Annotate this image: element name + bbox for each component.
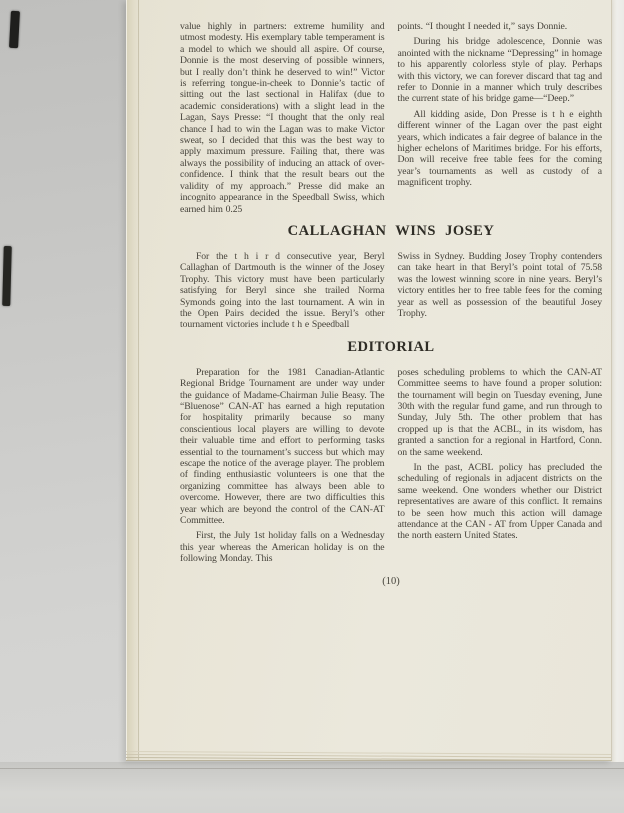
scan-artifact-mark-middle: [2, 246, 12, 306]
underlying-page-edge: [611, 0, 624, 764]
stacked-sheet-edge: [126, 757, 611, 761]
editorial-left-column: Preparation for the 1981 Canadian-Atlant…: [180, 367, 385, 565]
paragraph: For the t h i r d consecutive year, Bery…: [180, 251, 385, 331]
josey-left-column: For the t h i r d consecutive year, Bery…: [180, 251, 385, 331]
josey-heading: CALLAGHAN WINS JOSEY: [180, 223, 602, 240]
page-content: value highly in partners: extreme humili…: [180, 21, 602, 587]
lagan-article-continuation: value highly in partners: extreme humili…: [180, 21, 602, 215]
paragraph: During his bridge adolescence, Donnie wa…: [398, 36, 603, 104]
josey-section: CALLAGHAN WINS JOSEY For the t h i r d c…: [180, 223, 602, 331]
paragraph: points. “I thought I needed it,” says Do…: [398, 21, 603, 32]
scanner-background-bottom: [0, 762, 624, 813]
editorial-section: EDITORIAL Preparation for the 1981 Canad…: [180, 339, 602, 565]
paragraph: In the past, ACBL policy has precluded t…: [398, 462, 603, 542]
paragraph: value highly in partners: extreme humili…: [180, 21, 385, 215]
scan-artifact-mark-top: [9, 11, 20, 48]
page-number: (10): [180, 576, 602, 587]
editorial-heading: EDITORIAL: [180, 339, 602, 356]
paragraph: First, the July 1st holiday falls on a W…: [180, 530, 385, 564]
newsletter-page: value highly in partners: extreme humili…: [126, 0, 612, 761]
josey-right-column: Swiss in Sydney. Budding Josey Trophy co…: [398, 251, 603, 331]
editorial-right-column: poses scheduling problems to which the C…: [398, 367, 603, 565]
lagan-left-column: value highly in partners: extreme humili…: [180, 21, 385, 215]
paragraph: Preparation for the 1981 Canadian-Atlant…: [180, 367, 385, 527]
paper-crease-line: [138, 0, 139, 760]
lagan-right-column: points. “I thought I needed it,” says Do…: [398, 21, 603, 215]
paragraph: All kidding aside, Don Presse is t h e e…: [398, 109, 603, 189]
booklet-bottom-shadow: [0, 768, 624, 769]
paragraph: poses scheduling problems to which the C…: [398, 367, 603, 458]
paragraph: Swiss in Sydney. Budding Josey Trophy co…: [398, 251, 603, 319]
